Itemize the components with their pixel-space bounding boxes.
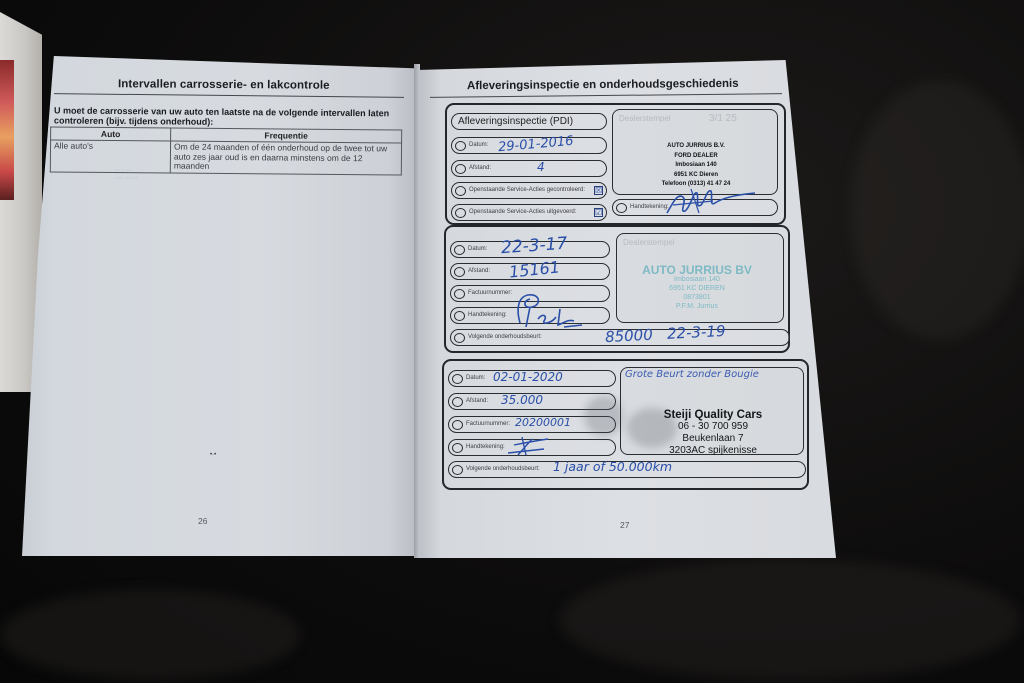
stamp-line: 0873801: [627, 293, 767, 302]
checkbox-checked[interactable]: ☒: [594, 186, 603, 195]
faint-date: 3/1 25: [709, 113, 737, 124]
pdi-service-checked-field[interactable]: Openstaande Service-Acties gecontroleerd…: [451, 182, 607, 199]
stamp-line: 3203AC spijkenisse: [629, 445, 797, 457]
bullet-circle-icon: [454, 267, 465, 277]
field-label: Handtekening:: [468, 312, 507, 318]
signature-scribble-icon: [504, 433, 554, 459]
service2-date-field[interactable]: Datum: 02-01-2020: [448, 370, 616, 387]
page-number-right: 27: [620, 520, 629, 530]
left-page-title: Intervallen carrosserie- en lakcontrole: [118, 78, 330, 91]
service1-next-service-field[interactable]: Volgende onderhoudsbeurt: 85000 22-3-19: [450, 329, 790, 346]
handwritten-invoice: 20200001: [515, 416, 571, 429]
stamp-line: AUTO JURRIUS BV: [627, 266, 767, 275]
field-label: Datum:: [466, 375, 485, 381]
dealer-stamp-jurrius-teal: AUTO JURRIUS BV Imbosiaan 140 6951 KC DI…: [627, 266, 767, 311]
bullet-circle-icon: [452, 465, 463, 475]
service-entry-2: Datum: 02-01-2020 Afstand: 35.000 Factuu…: [442, 359, 809, 490]
field-label: Handtekening:: [466, 444, 505, 450]
stamp-line: 6951 KC DIEREN: [627, 284, 767, 293]
bullet-circle-icon: [454, 333, 465, 343]
field-label: Openstaande Service-Acties gecontroleerd…: [469, 187, 585, 193]
handwritten-note: Grote Beurt zonder Bougie: [625, 369, 759, 380]
pdi-distance-field[interactable]: Afstand: 4: [451, 160, 607, 177]
service2-next-service-field[interactable]: Volgende onderhoudsbeurt: 1 jaar of 50.0…: [448, 461, 806, 478]
handwritten-distance: 35.000: [501, 393, 543, 407]
field-label: Afstand:: [469, 165, 491, 171]
bullet-circle-icon: [616, 203, 627, 213]
signature-scribble-icon: [663, 183, 758, 219]
bullet-circle-icon: [454, 289, 465, 299]
field-label: Volgende onderhoudsbeurt:: [468, 334, 542, 340]
bleed-through-ink: ·· · ····· ······: [115, 167, 138, 183]
intro-text: U moet de carrosserie van uw auto ten la…: [54, 105, 414, 128]
fabric-fold: [0, 590, 300, 680]
book-cover-edge: [0, 60, 14, 200]
bullet-circle-icon: [452, 443, 463, 453]
right-page-title: Afleveringsinspectie en onderhoudsgeschi…: [467, 78, 739, 92]
signature-scribble-icon: [512, 289, 592, 331]
stamp-line: FORD DEALER: [633, 152, 759, 162]
field-label: Afstand:: [466, 398, 488, 404]
bullet-circle-icon: [452, 397, 463, 407]
field-label: Datum:: [469, 142, 488, 148]
handwritten-date: 22-3-17: [500, 234, 568, 259]
bullet-circle-icon: [454, 311, 465, 321]
stamp-line: Imbosiaan 140: [633, 161, 759, 171]
handwritten-date: 29-01-2016: [497, 134, 574, 156]
pdi-date-field[interactable]: Datum: 29-01-2016: [451, 137, 607, 154]
fabric-fold: [560, 560, 1020, 680]
bullet-circle-icon: [454, 245, 465, 255]
service-entry-1: Datum: 22-3-17 Afstand: 15161 Factuurnum…: [444, 225, 790, 353]
bullet-circle-icon: [455, 164, 466, 174]
dealer-stamp-box: Dealerstempel AUTO JURRIUS BV Imbosiaan …: [616, 233, 784, 323]
bullet-circle-icon: [455, 141, 466, 151]
bullet-circle-icon: [452, 420, 463, 430]
speck: •·•: [210, 452, 216, 458]
pdi-service-done-field[interactable]: Openstaande Service-Acties uitgevoerd: ☑: [451, 204, 607, 221]
table-row: Alle auto's Om de 24 maanden of één onde…: [50, 140, 401, 175]
stamp-header: Dealerstempel: [619, 114, 671, 123]
pdi-heading-label: Afleveringsinspectie (PDI): [458, 116, 573, 127]
service1-date-field[interactable]: Datum: 22-3-17: [450, 241, 610, 258]
field-label: Openstaande Service-Acties uitgevoerd:: [469, 209, 576, 215]
fabric-fold: [850, 80, 1024, 340]
handwritten-distance: 15161: [508, 257, 561, 281]
stamp-line: Beukenlaan 7: [629, 433, 797, 445]
field-label: Afstand:: [468, 268, 490, 274]
service1-distance-field[interactable]: Afstand: 15161: [450, 263, 610, 280]
handwritten-next-service: 1 jaar of 50.000km: [553, 459, 672, 474]
column-header-auto: Auto: [51, 127, 171, 141]
stamp-dealer-name: Steiji Quality Cars: [629, 409, 797, 421]
bullet-circle-icon: [455, 208, 466, 218]
stamp-line: 06 - 30 700 959: [629, 421, 797, 433]
cell-auto: Alle auto's: [50, 140, 170, 173]
stamp-line: AUTO JURRIUS B.V.: [633, 142, 759, 152]
stamp-line: 6951 KC Dieren: [633, 171, 759, 181]
stamp-line: P.F.M. Jurrius: [627, 302, 767, 311]
pdi-section: Afleveringsinspectie (PDI) Datum: 29-01-…: [445, 103, 786, 225]
checkbox-checked[interactable]: ☑: [594, 208, 603, 217]
pdi-heading: Afleveringsinspectie (PDI): [451, 113, 607, 130]
field-label: Volgende onderhoudsbeurt:: [466, 466, 540, 472]
ink-smudge: [584, 396, 624, 436]
field-label: Factuurnummer:: [466, 421, 510, 427]
handwritten-next-service: 85000 22-3-19: [605, 322, 726, 346]
interval-table: Auto Frequentie Alle auto's Om de 24 maa…: [50, 126, 402, 175]
bullet-circle-icon: [455, 186, 466, 196]
field-label: Datum:: [468, 246, 487, 252]
stamp-header: Dealerstempel: [623, 238, 675, 247]
cell-frequentie: Om de 24 maanden of één onderhoud op de …: [170, 141, 401, 175]
bullet-circle-icon: [452, 374, 463, 384]
handwritten-date: 02-01-2020: [493, 370, 563, 384]
field-label: Factuurnummer:: [468, 290, 512, 296]
dealer-stamp-box: Grote Beurt zonder Bougie Steiji Quality…: [620, 367, 804, 455]
book-spine: [414, 64, 420, 558]
page-number-left: 26: [198, 516, 207, 526]
dealer-stamp-steiji: Steiji Quality Cars 06 - 30 700 959 Beuk…: [629, 409, 797, 457]
handwritten-distance: 4: [537, 160, 545, 174]
